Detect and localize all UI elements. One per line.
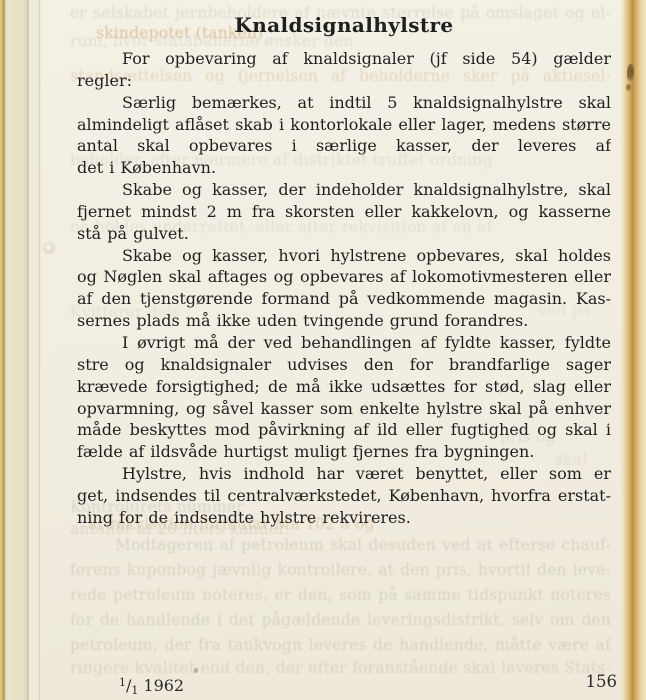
text-line: I øvrigt må der ved behandlingen af fyld… (77, 332, 611, 354)
text-line: regler: (77, 70, 611, 92)
page-number: 156 (586, 671, 618, 693)
text-line: antal skal opbevares i særlige kasser, d… (77, 135, 611, 157)
page-title: Knaldsignalhylstre (77, 13, 611, 38)
text-line: og Nøglen skal aftages og opbevares af l… (77, 266, 611, 288)
paragraph: Hylstre, hvis indhold har været benyttet… (77, 463, 611, 529)
footer-date-numerator: 1 (119, 676, 126, 689)
text-line: opvarmning, og såvel kasser som enkelte … (77, 398, 611, 420)
paragraph: I øvrigt må der ved behandlingen af fyld… (77, 332, 611, 463)
text-line: af den tjenstgørende formand på vedkomme… (77, 288, 611, 310)
text-line: stre og knaldsignaler udvises den for br… (77, 354, 611, 376)
paper-stain-dot (44, 243, 54, 253)
paragraph: Skabe og kasser, der indeholder knaldsig… (77, 179, 611, 245)
text-line: For opbevaring af knaldsignaler (jf side… (77, 48, 611, 70)
page-content: Knaldsignalhylstre For opbevaring af kna… (77, 0, 611, 529)
text-line: stå på gulvet. (77, 223, 611, 245)
page-crease-line (27, 0, 29, 700)
text-line: sernes plads må ikke uden tvingende grun… (77, 310, 611, 332)
paragraph: For opbevaring af knaldsignaler (jf side… (77, 48, 611, 92)
text-line: get, indsendes til centralværkstedet, Kø… (77, 485, 611, 507)
page-crease-line (39, 0, 40, 700)
book-edge-left (0, 0, 42, 700)
text-line: krævede forsigtighed; de må ikke udsætte… (77, 376, 611, 398)
text-line: måde beskyttes mod påvirkning af ild ell… (77, 419, 611, 441)
text-line: fælde af ildsvåde hurtigst muligt fjerne… (77, 441, 611, 463)
paragraphs: For opbevaring af knaldsignaler (jf side… (77, 48, 611, 529)
text-line: det i København. (77, 157, 611, 179)
text-line: fjernet mindst 2 m fra skorsten eller ka… (77, 201, 611, 223)
text-line: almindeligt aflåset skab i kontorlokale … (77, 114, 611, 136)
text-line: ning for de indsendte hylstre rekvireres… (77, 507, 611, 529)
scanned-book-page: { "page": { "title": "Knaldsignalhylstre… (0, 0, 646, 700)
edge-ink-blot (626, 84, 631, 91)
text-line: Særlig bemærkes, at indtil 5 knaldsignal… (77, 92, 611, 114)
text-line: Skabe og kasser, der indeholder knaldsig… (77, 179, 611, 201)
edge-ink-blot (627, 64, 634, 82)
text-line: Hylstre, hvis indhold har været benyttet… (77, 463, 611, 485)
footer-date-denominator: 1 (131, 684, 138, 697)
paragraph: Særlig bemærkes, at indtil 5 knaldsignal… (77, 92, 611, 179)
book-edge-right (620, 0, 646, 700)
footer-date: 1/11962 (119, 672, 184, 694)
footer-year: 1962 (143, 676, 184, 695)
text-line: Skabe og kasser, hvori hylstrene opbevar… (77, 245, 611, 267)
paragraph: Skabe og kasser, hvori hylstrene opbevar… (77, 245, 611, 332)
